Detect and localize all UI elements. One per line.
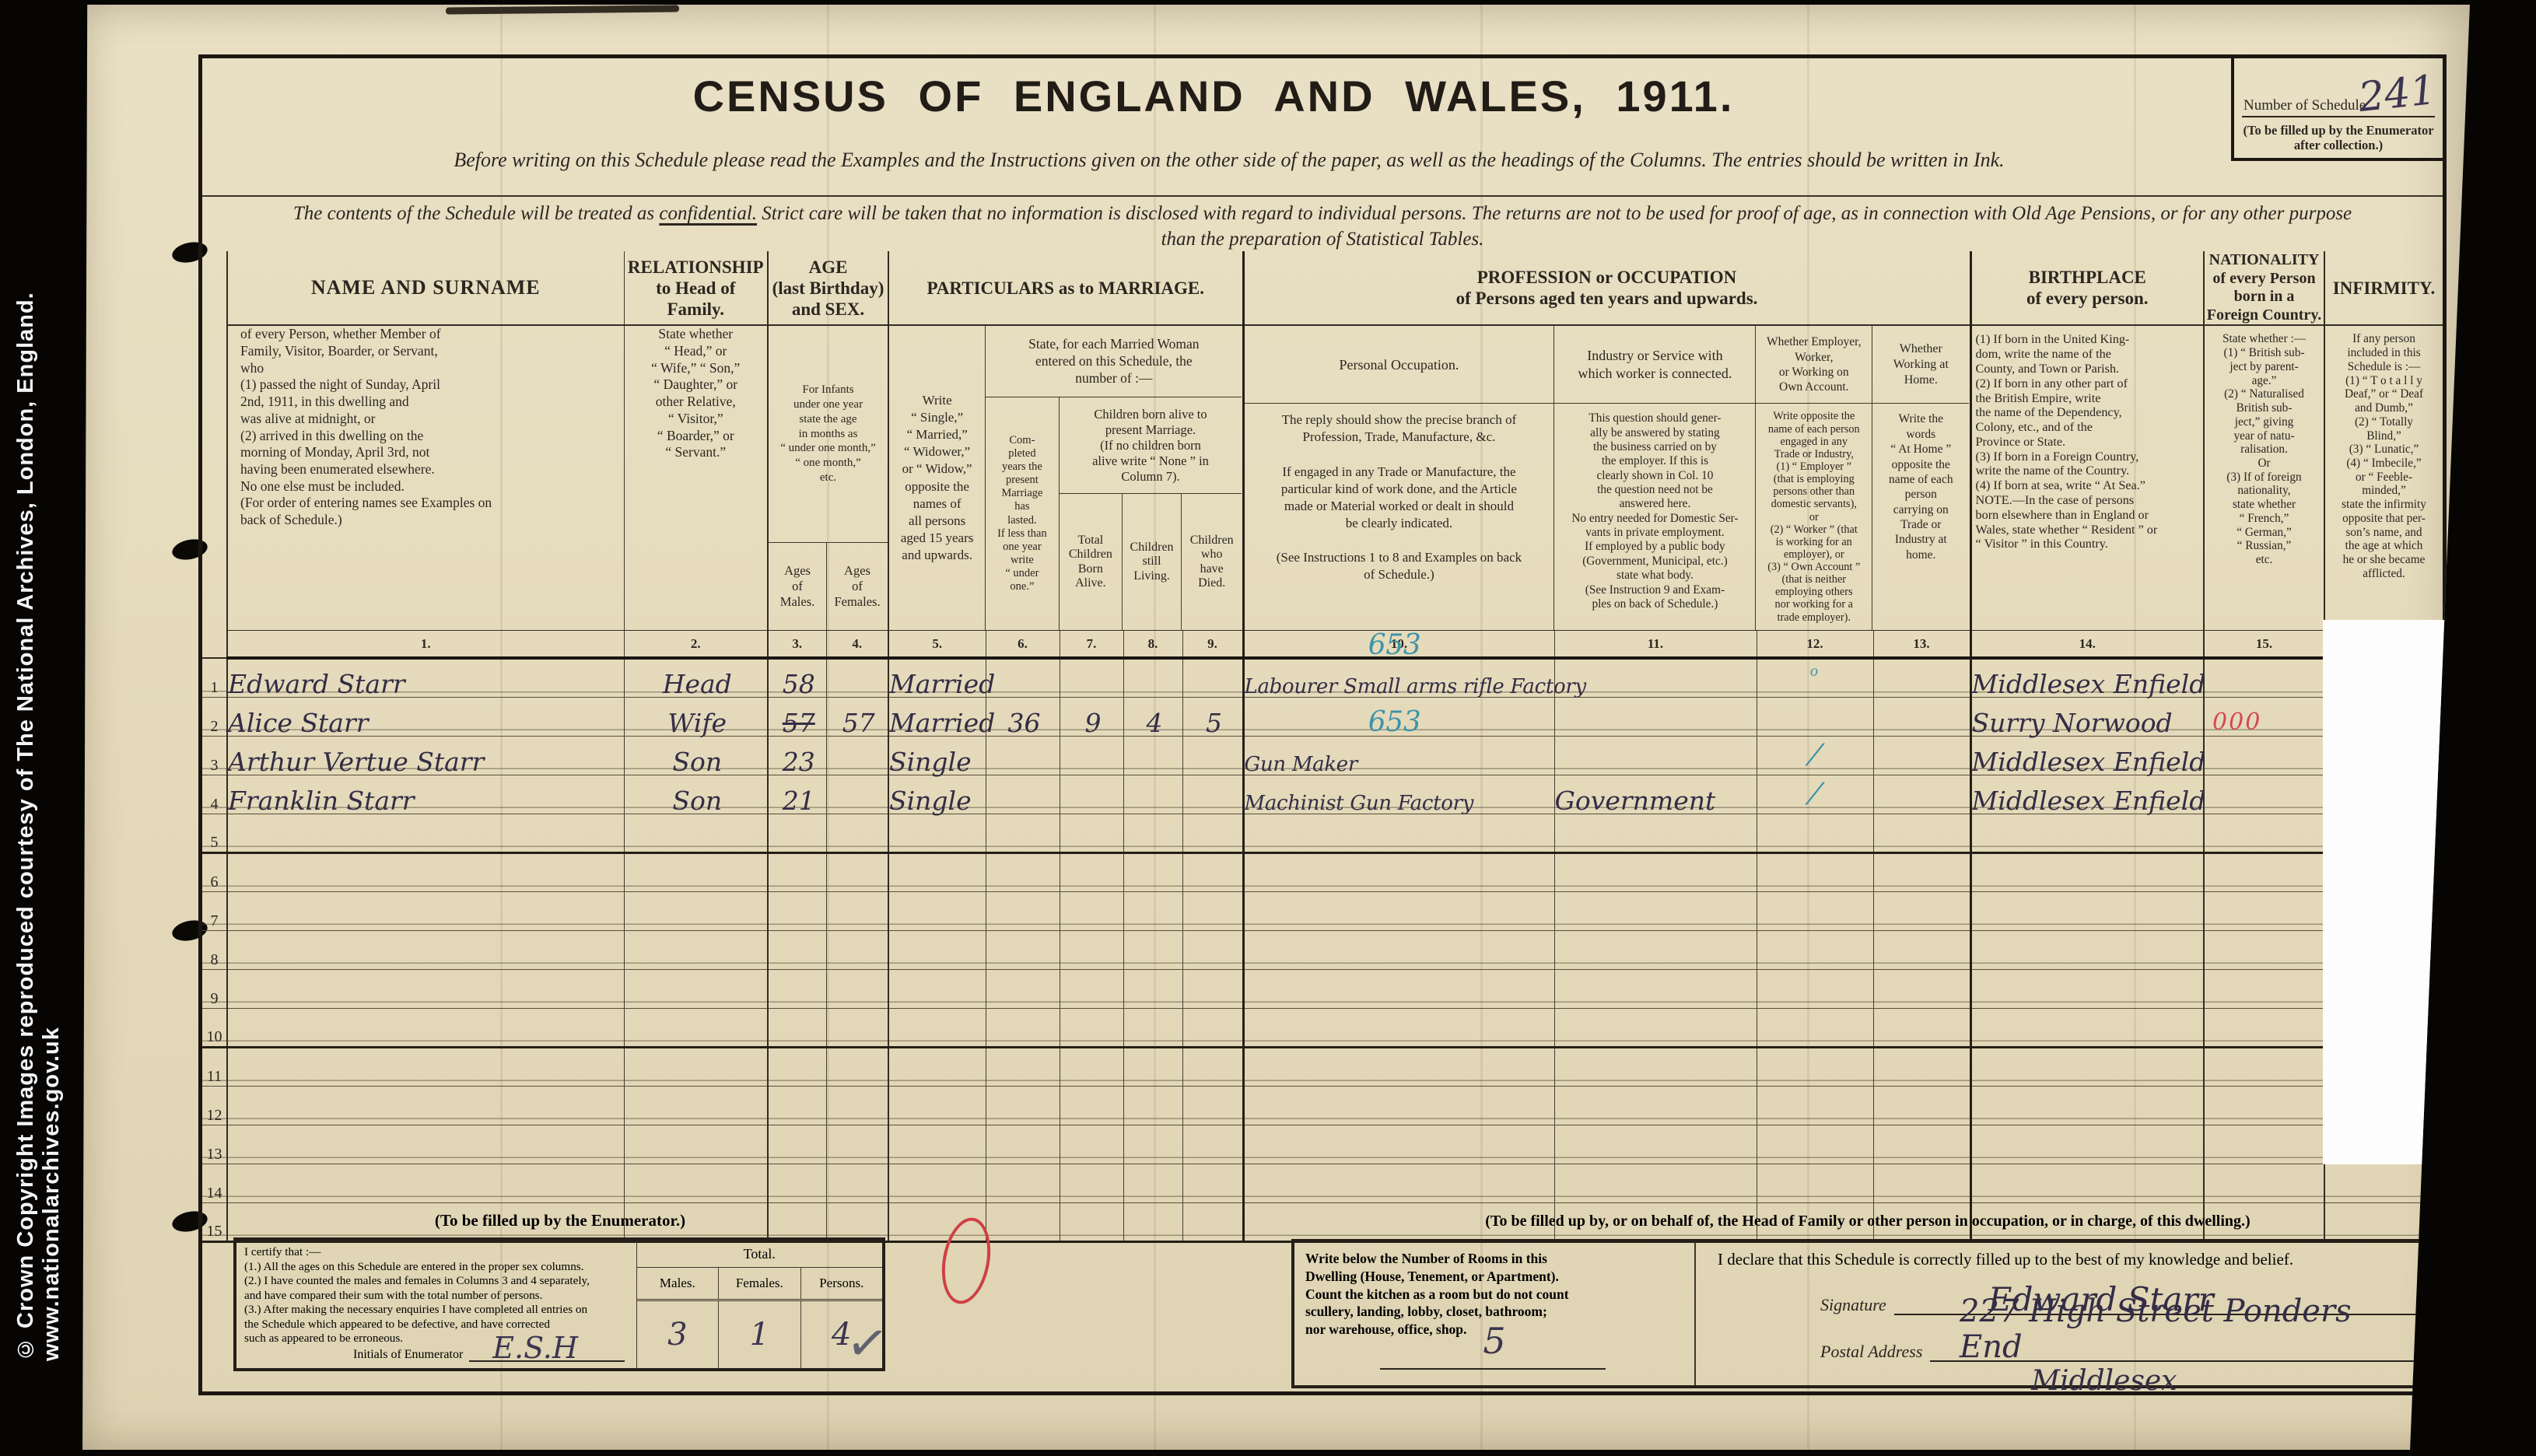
relationship-entry — [624, 1164, 768, 1202]
col-number: 5. — [888, 630, 986, 658]
marriage-entry — [888, 1086, 986, 1125]
children-born-entry — [1060, 1008, 1123, 1047]
birthplace-entry — [1970, 1008, 2204, 1047]
col-number: 3. — [768, 630, 826, 658]
at-home-entry — [1873, 891, 1970, 930]
schedule-number-value: 241 — [2356, 67, 2438, 121]
desc-occupation-title: Personal Occupation. — [1245, 326, 1555, 404]
birthplace-entry: Middlesex Enfield — [1970, 736, 2204, 775]
age-males-entry — [768, 852, 826, 891]
infirmity-entry — [2324, 1164, 2443, 1202]
name-entry — [227, 1047, 624, 1086]
at-home-entry — [1873, 1008, 1970, 1047]
desc-birthplace: (1) If born in the United King- dom, wri… — [1970, 325, 2204, 630]
col-number: 2. — [624, 630, 768, 658]
age-males-entry — [768, 1164, 826, 1202]
desc-age: For Infants under one year state the age… — [768, 325, 888, 630]
occupation-entry — [1243, 891, 1554, 930]
enumerator-section-label: (To be filled up by the Enumerator.) — [233, 1211, 887, 1230]
declaration-cell: I declare that this Schedule is correctl… — [1696, 1242, 2441, 1385]
at-home-entry — [1873, 814, 1970, 852]
children-died-entry — [1182, 1164, 1243, 1202]
name-entry — [227, 969, 624, 1008]
nationality-entry — [2204, 969, 2324, 1008]
row-number-column-header — [202, 251, 227, 658]
relationship-entry — [624, 1008, 768, 1047]
children-living-entry — [1123, 1125, 1182, 1164]
industry-entry — [1554, 891, 1757, 930]
rooms-count-handwriting: 5 — [1294, 1320, 1694, 1362]
children-died-entry — [1182, 814, 1243, 852]
desc-marriage-write: Write “ Single,” “ Married,” “ Widower,”… — [889, 326, 986, 629]
occupation-entry — [1243, 852, 1554, 891]
nationality-entry — [2204, 1047, 2324, 1086]
row-number: 2 — [202, 697, 227, 736]
total-label: Total. — [637, 1241, 882, 1268]
birthplace-entry — [1970, 930, 2204, 969]
table-row: 13 — [202, 1125, 2443, 1164]
marriage-entry — [888, 969, 986, 1008]
children-died-entry — [1182, 891, 1243, 930]
name-entry — [227, 1086, 624, 1125]
nationality-entry — [2204, 891, 2324, 930]
col-number: 15. — [2204, 630, 2324, 658]
col-header-marriage: PARTICULARS as to MARRIAGE. — [888, 251, 1243, 325]
name-entry — [227, 891, 624, 930]
birthplace-entry: Surry Norwood — [1970, 697, 2204, 736]
occupation-entry — [1243, 1047, 1554, 1086]
desc-home: Write the words “ At Home ” opposite the… — [1872, 404, 1969, 629]
occupation-entry — [1243, 1008, 1554, 1047]
row-number: 9 — [202, 969, 227, 1008]
age-males-entry: 21 — [768, 775, 826, 814]
occupation-entry — [1243, 1125, 1554, 1164]
children-living-entry — [1123, 930, 1182, 969]
header-description-row: of every Person, whether Member of Famil… — [202, 325, 2443, 630]
table-row: 4Franklin StarrSon21SingleMachinist Gun … — [202, 775, 2443, 814]
employer-worker-entry — [1757, 969, 1873, 1008]
age-females-entry: 57 — [826, 697, 888, 736]
children-born-entry — [1060, 1047, 1123, 1086]
years-married-entry — [986, 891, 1060, 930]
desc-marriage: Write “ Single,” “ Married,” “ Widower,”… — [888, 325, 1243, 630]
relationship-entry — [624, 969, 768, 1008]
desc-ages-males: Ages of Males. — [769, 543, 827, 630]
desc-industry-title: Industry or Service with which worker is… — [1554, 326, 1756, 404]
table-row: 9 — [202, 969, 2443, 1008]
age-males-entry — [768, 930, 826, 969]
employer-worker-entry — [1757, 930, 1873, 969]
desc-occupation: The reply should show the precise branch… — [1245, 404, 1555, 629]
children-living-entry — [1123, 736, 1182, 775]
col-header-age: AGE (last Birthday) and SEX. — [768, 251, 888, 325]
row-number: 11 — [202, 1047, 227, 1086]
confidential-note: The contents of the Schedule will be tre… — [218, 201, 2427, 252]
table-row: 6 — [202, 852, 2443, 891]
industry-entry — [1554, 697, 1757, 736]
at-home-entry — [1873, 1125, 1970, 1164]
col-number: 11. — [1554, 630, 1757, 658]
col-header-birthplace: BIRTHPLACE of every person. — [1970, 251, 2204, 325]
rooms-cell: Write below the Number of Rooms in this … — [1294, 1242, 1696, 1385]
at-home-entry — [1873, 1164, 1970, 1202]
blue-reference-number: 653 — [1368, 632, 1421, 660]
occupation-entry — [1243, 930, 1554, 969]
birthplace-entry — [1970, 852, 2204, 891]
scanned-census-page: © Crown Copyright Images reproduced cour… — [0, 0, 2536, 1456]
col-number: 12. — [1757, 630, 1873, 658]
children-living-entry — [1123, 891, 1182, 930]
schedule-number-box: Number of Schedule 241 (To be filled up … — [2231, 58, 2443, 161]
employer-worker-entry — [1757, 1086, 1873, 1125]
years-married-entry — [986, 852, 1060, 891]
header-group-row: NAME AND SURNAME RELATIONSHIP to Head of… — [202, 251, 2443, 325]
birthplace-entry — [1970, 969, 2204, 1008]
signature-label: Signature — [1820, 1295, 1886, 1315]
red-annotation: 000 — [2205, 709, 2261, 736]
name-entry: Franklin Starr — [227, 775, 624, 814]
children-living-entry: 4 — [1123, 697, 1182, 736]
desc-age-infants: For Infants under one year state the age… — [769, 326, 888, 541]
years-married-entry — [986, 1047, 1060, 1086]
children-born-entry — [1060, 852, 1123, 891]
children-living-entry — [1123, 1086, 1182, 1125]
at-home-entry — [1873, 930, 1970, 969]
years-married-entry — [986, 930, 1060, 969]
marriage-entry: Single — [888, 775, 986, 814]
name-entry — [227, 814, 624, 852]
occupation-entry: Machinist Gun Factory — [1243, 775, 1554, 814]
initials-label: Initials of Enumerator — [353, 1348, 463, 1362]
age-males-entry: 58 — [768, 658, 826, 697]
industry-entry — [1554, 1125, 1757, 1164]
redaction-patch — [2323, 620, 2458, 1164]
bottom-sections: (To be filled up by the Enumerator.) I c… — [202, 1206, 2443, 1391]
employer-worker-entry — [1757, 697, 1873, 736]
name-entry — [227, 1164, 624, 1202]
nationality-entry — [2204, 1008, 2324, 1047]
industry-entry — [1554, 736, 1757, 775]
children-born-entry — [1060, 891, 1123, 930]
at-home-entry — [1873, 736, 1970, 775]
col-number: 7. — [1060, 630, 1123, 658]
desc-children-total: Total Children Born Alive. — [1060, 494, 1123, 629]
table-row: 7 — [202, 891, 2443, 930]
age-females-entry — [826, 930, 888, 969]
total-values: 3 1 4 ✓ — [637, 1301, 882, 1368]
birthplace-entry: Middlesex Enfield — [1970, 658, 2204, 697]
initials-line: E.S.H — [469, 1334, 625, 1362]
nationality-entry — [2204, 736, 2324, 775]
age-females-entry — [826, 1047, 888, 1086]
industry-entry — [1554, 814, 1757, 852]
relationship-entry: Son — [624, 775, 768, 814]
age-females-entry — [826, 1164, 888, 1202]
age-females-entry — [826, 658, 888, 697]
row-number: 6 — [202, 852, 227, 891]
census-form: Number of Schedule 241 (To be filled up … — [198, 54, 2447, 1395]
children-died-entry — [1182, 775, 1243, 814]
desc-relationship: State whether “ Head,” or “ Wife,” “ Son… — [624, 325, 768, 630]
table-row: 1Edward StarrHead58MarriedLabourer Small… — [202, 658, 2443, 697]
age-females-entry — [826, 775, 888, 814]
row-number: 1 — [202, 658, 227, 697]
table-row: 11 — [202, 1047, 2443, 1086]
row-number: 14 — [202, 1164, 227, 1202]
name-entry: Alice Starr — [227, 697, 624, 736]
marriage-entry — [888, 1047, 986, 1086]
children-died-entry — [1182, 969, 1243, 1008]
industry-entry — [1554, 1086, 1757, 1125]
children-died-entry — [1182, 852, 1243, 891]
census-paper: Number of Schedule 241 (To be filled up … — [80, 5, 2472, 1450]
children-born-entry — [1060, 814, 1123, 852]
col-number: 6. — [986, 630, 1060, 658]
birthplace-entry — [1970, 814, 2204, 852]
row-number: 5 — [202, 814, 227, 852]
confidential-pre: The contents of the Schedule will be tre… — [293, 203, 660, 224]
declaration-section-label: (To be filled up by, or on behalf of, th… — [1291, 1213, 2444, 1230]
children-died-entry — [1182, 658, 1243, 697]
census-table: NAME AND SURNAME RELATIONSHIP to Head of… — [202, 251, 2443, 1243]
marriage-entry — [888, 891, 986, 930]
nationality-entry — [2204, 852, 2324, 891]
employer-worker-entry — [1757, 814, 1873, 852]
nationality-entry — [2204, 658, 2324, 697]
years-married-entry — [986, 814, 1060, 852]
column-number-row: 1. 2. 3. 4. 5. 6. 7. 8. 9. 10. 11. 12. 1… — [202, 630, 2443, 658]
blue-check-annotation: ⁄ — [1813, 738, 1817, 772]
industry-entry — [1554, 658, 1757, 697]
row-number: 7 — [202, 891, 227, 930]
children-died-entry — [1182, 930, 1243, 969]
table-row: 8 — [202, 930, 2443, 969]
children-living-entry — [1123, 658, 1182, 697]
industry-entry — [1554, 930, 1757, 969]
page-title: CENSUS OF ENGLAND AND WALES, 1911. — [202, 71, 2225, 121]
nationality-entry — [2204, 775, 2324, 814]
years-married-entry — [986, 969, 1060, 1008]
age-females-entry — [826, 814, 888, 852]
row-number: 8 — [202, 930, 227, 969]
relationship-entry — [624, 1047, 768, 1086]
confidential-post: Strict care will be taken that no inform… — [757, 203, 2352, 250]
children-born-entry — [1060, 1164, 1123, 1202]
age-males-entry: 57 — [768, 697, 826, 736]
name-entry — [227, 852, 624, 891]
row-number: 10 — [202, 1008, 227, 1047]
age-females-entry — [826, 736, 888, 775]
col-header-nationality: NATIONALITY of every Person born in a Fo… — [2204, 251, 2324, 325]
marriage-entry — [888, 1008, 986, 1047]
industry-entry — [1554, 969, 1757, 1008]
table-row: 2Alice StarrWife5757Married36945Surry No… — [202, 697, 2443, 736]
name-entry: Arthur Vertue Starr — [227, 736, 624, 775]
desc-nationality: State whether :— (1) “ British sub- ject… — [2204, 325, 2324, 630]
relationship-entry — [624, 891, 768, 930]
name-entry — [227, 930, 624, 969]
name-entry — [227, 1008, 624, 1047]
marriage-entry: Married — [888, 658, 986, 697]
industry-entry: Government — [1554, 775, 1757, 814]
marriage-entry: Married — [888, 697, 986, 736]
desc-infirmity: If any person included in this Schedule … — [2324, 325, 2443, 630]
birthplace-entry — [1970, 1125, 2204, 1164]
row-number: 13 — [202, 1125, 227, 1164]
check-mark: ✓ — [842, 1313, 891, 1376]
desc-home-title: Whether Working at Home. — [1872, 326, 1969, 404]
nationality-entry — [2204, 1164, 2324, 1202]
declaration-box: Write below the Number of Rooms in this … — [1291, 1239, 2444, 1388]
age-females-entry — [826, 891, 888, 930]
name-entry — [227, 1125, 624, 1164]
children-born-entry — [1060, 775, 1123, 814]
children-born-entry — [1060, 658, 1123, 697]
row-number: 4 — [202, 775, 227, 814]
employer-worker-entry — [1757, 1125, 1873, 1164]
age-males-entry — [768, 969, 826, 1008]
birthplace-entry: Middlesex Enfield — [1970, 775, 2204, 814]
children-died-entry — [1182, 1008, 1243, 1047]
age-males-entry — [768, 1125, 826, 1164]
children-died-entry — [1182, 1125, 1243, 1164]
employer-worker-entry — [1757, 1047, 1873, 1086]
table-row: 3Arthur Vertue StarrSon23SingleGun Maker… — [202, 736, 2443, 775]
header-rule — [202, 195, 2443, 197]
children-living-entry — [1123, 775, 1182, 814]
census-rows: 1Edward StarrHead58MarriedLabourer Small… — [202, 658, 2443, 1241]
col-header-name: NAME AND SURNAME — [227, 251, 624, 325]
occupation-entry: Gun Maker653 — [1243, 736, 1554, 775]
age-females-entry — [826, 1008, 888, 1047]
postal-address-line2-handwriting: Middlesex — [2031, 1365, 2177, 1397]
total-column-labels: Males. Females. Persons. — [637, 1268, 882, 1301]
years-married-entry — [986, 1164, 1060, 1202]
archive-copyright-text: © Crown Copyright Images reproduced cour… — [8, 117, 70, 1361]
marriage-entry — [888, 852, 986, 891]
children-died-entry: 5 — [1182, 697, 1243, 736]
at-home-entry — [1873, 1047, 1970, 1086]
age-males-entry: 23 — [768, 736, 826, 775]
employer-worker-entry: o — [1757, 658, 1873, 697]
birthplace-entry — [1970, 1086, 2204, 1125]
children-living-entry — [1123, 1008, 1182, 1047]
initials-row: Initials of Enumerator E.S.H — [353, 1334, 625, 1362]
row-number: 12 — [202, 1086, 227, 1125]
birthplace-entry — [1970, 1047, 2204, 1086]
at-home-entry — [1873, 852, 1970, 891]
marriage-entry — [888, 1164, 986, 1202]
blue-check-annotation: o — [1810, 663, 1818, 681]
marriage-entry — [888, 814, 986, 852]
males-label: Males. — [637, 1268, 719, 1299]
employer-worker-entry — [1757, 891, 1873, 930]
occupation-entry: Labourer Small arms rifle Factory653 — [1243, 658, 1554, 697]
industry-entry — [1554, 1047, 1757, 1086]
row-number: 3 — [202, 736, 227, 775]
children-died-entry — [1182, 1047, 1243, 1086]
postal-address-row: Postal Address 227 High Street Ponders E… — [1820, 1329, 2418, 1362]
relationship-entry: Head — [624, 658, 768, 697]
relationship-entry — [624, 930, 768, 969]
age-males-entry — [768, 1008, 826, 1047]
at-home-entry — [1873, 697, 1970, 736]
table-row: 14 — [202, 1164, 2443, 1202]
industry-entry — [1554, 852, 1757, 891]
desc-employer: Write opposite the name of each person e… — [1756, 404, 1872, 629]
age-females-entry — [826, 1125, 888, 1164]
age-females-entry — [826, 1086, 888, 1125]
col-header-profession: PROFESSION or OCCUPATION of Persons aged… — [1243, 251, 1970, 325]
children-living-entry — [1123, 1047, 1182, 1086]
occupation-entry — [1243, 1086, 1554, 1125]
at-home-entry — [1873, 969, 1970, 1008]
occupation-entry — [1243, 814, 1554, 852]
col-number: 4. — [826, 630, 888, 658]
industry-entry — [1554, 1164, 1757, 1202]
at-home-entry — [1873, 1086, 1970, 1125]
desc-children-header: Children born alive to present Marriage.… — [1060, 397, 1242, 494]
females-total: 1 — [719, 1301, 800, 1368]
name-entry: Edward Starr — [227, 658, 624, 697]
schedule-number-label: Number of Schedule — [2244, 97, 2366, 114]
age-females-entry — [826, 852, 888, 891]
occupation-entry — [1243, 1164, 1554, 1202]
employer-worker-entry: ⁄ — [1757, 736, 1873, 775]
marriage-entry: Single — [888, 736, 986, 775]
children-born-entry — [1060, 930, 1123, 969]
years-married-entry — [986, 775, 1060, 814]
relationship-entry — [624, 852, 768, 891]
age-males-entry — [768, 1047, 826, 1086]
children-born-entry — [1060, 736, 1123, 775]
confidential-word: confidential. — [659, 203, 757, 224]
blue-check-annotation: ⁄ — [1813, 777, 1817, 811]
table-row: 5 — [202, 814, 2443, 852]
occupation-entry — [1243, 969, 1554, 1008]
desc-employer-title: Whether Employer, Worker, or Working on … — [1756, 326, 1872, 404]
nationality-entry — [2204, 930, 2324, 969]
relationship-entry — [624, 814, 768, 852]
enumerator-totals: Total. Males. Females. Persons. 3 1 4 ✓ — [637, 1241, 882, 1368]
marriage-entry — [888, 930, 986, 969]
enumerator-certification: I certify that :— (1.) All the ages on t… — [236, 1241, 637, 1368]
employer-worker-entry — [1757, 1008, 1873, 1047]
nationality-entry — [2204, 1125, 2324, 1164]
desc-name: of every Person, whether Member of Famil… — [227, 325, 624, 630]
blue-reference-number: 653 — [1368, 709, 1421, 737]
children-died-entry — [1182, 1086, 1243, 1125]
postal-address-handwriting: 227 High Street Ponders End — [1960, 1293, 2418, 1365]
years-married-entry: 36 — [986, 697, 1060, 736]
col-number: 9. — [1182, 630, 1243, 658]
children-living-entry — [1123, 969, 1182, 1008]
rooms-line — [1380, 1368, 1606, 1370]
desc-ages-females: Ages of Females. — [827, 543, 888, 630]
declaration-text: I declare that this Schedule is correctl… — [1718, 1250, 2422, 1269]
col-number: 14. — [1970, 630, 2204, 658]
schedule-number-note: (To be filled up by the Enumerator after… — [2242, 124, 2435, 153]
at-home-entry — [1873, 658, 1970, 697]
col-header-infirmity: INFIRMITY. — [2324, 251, 2443, 325]
postal-address-line: 227 High Street Ponders End — [1930, 1329, 2418, 1362]
at-home-entry — [1873, 775, 1970, 814]
age-males-entry — [768, 1086, 826, 1125]
postal-address-label: Postal Address — [1820, 1342, 1922, 1362]
red-zero-annotation — [936, 1214, 997, 1308]
relationship-entry: Son — [624, 736, 768, 775]
children-living-entry — [1123, 852, 1182, 891]
